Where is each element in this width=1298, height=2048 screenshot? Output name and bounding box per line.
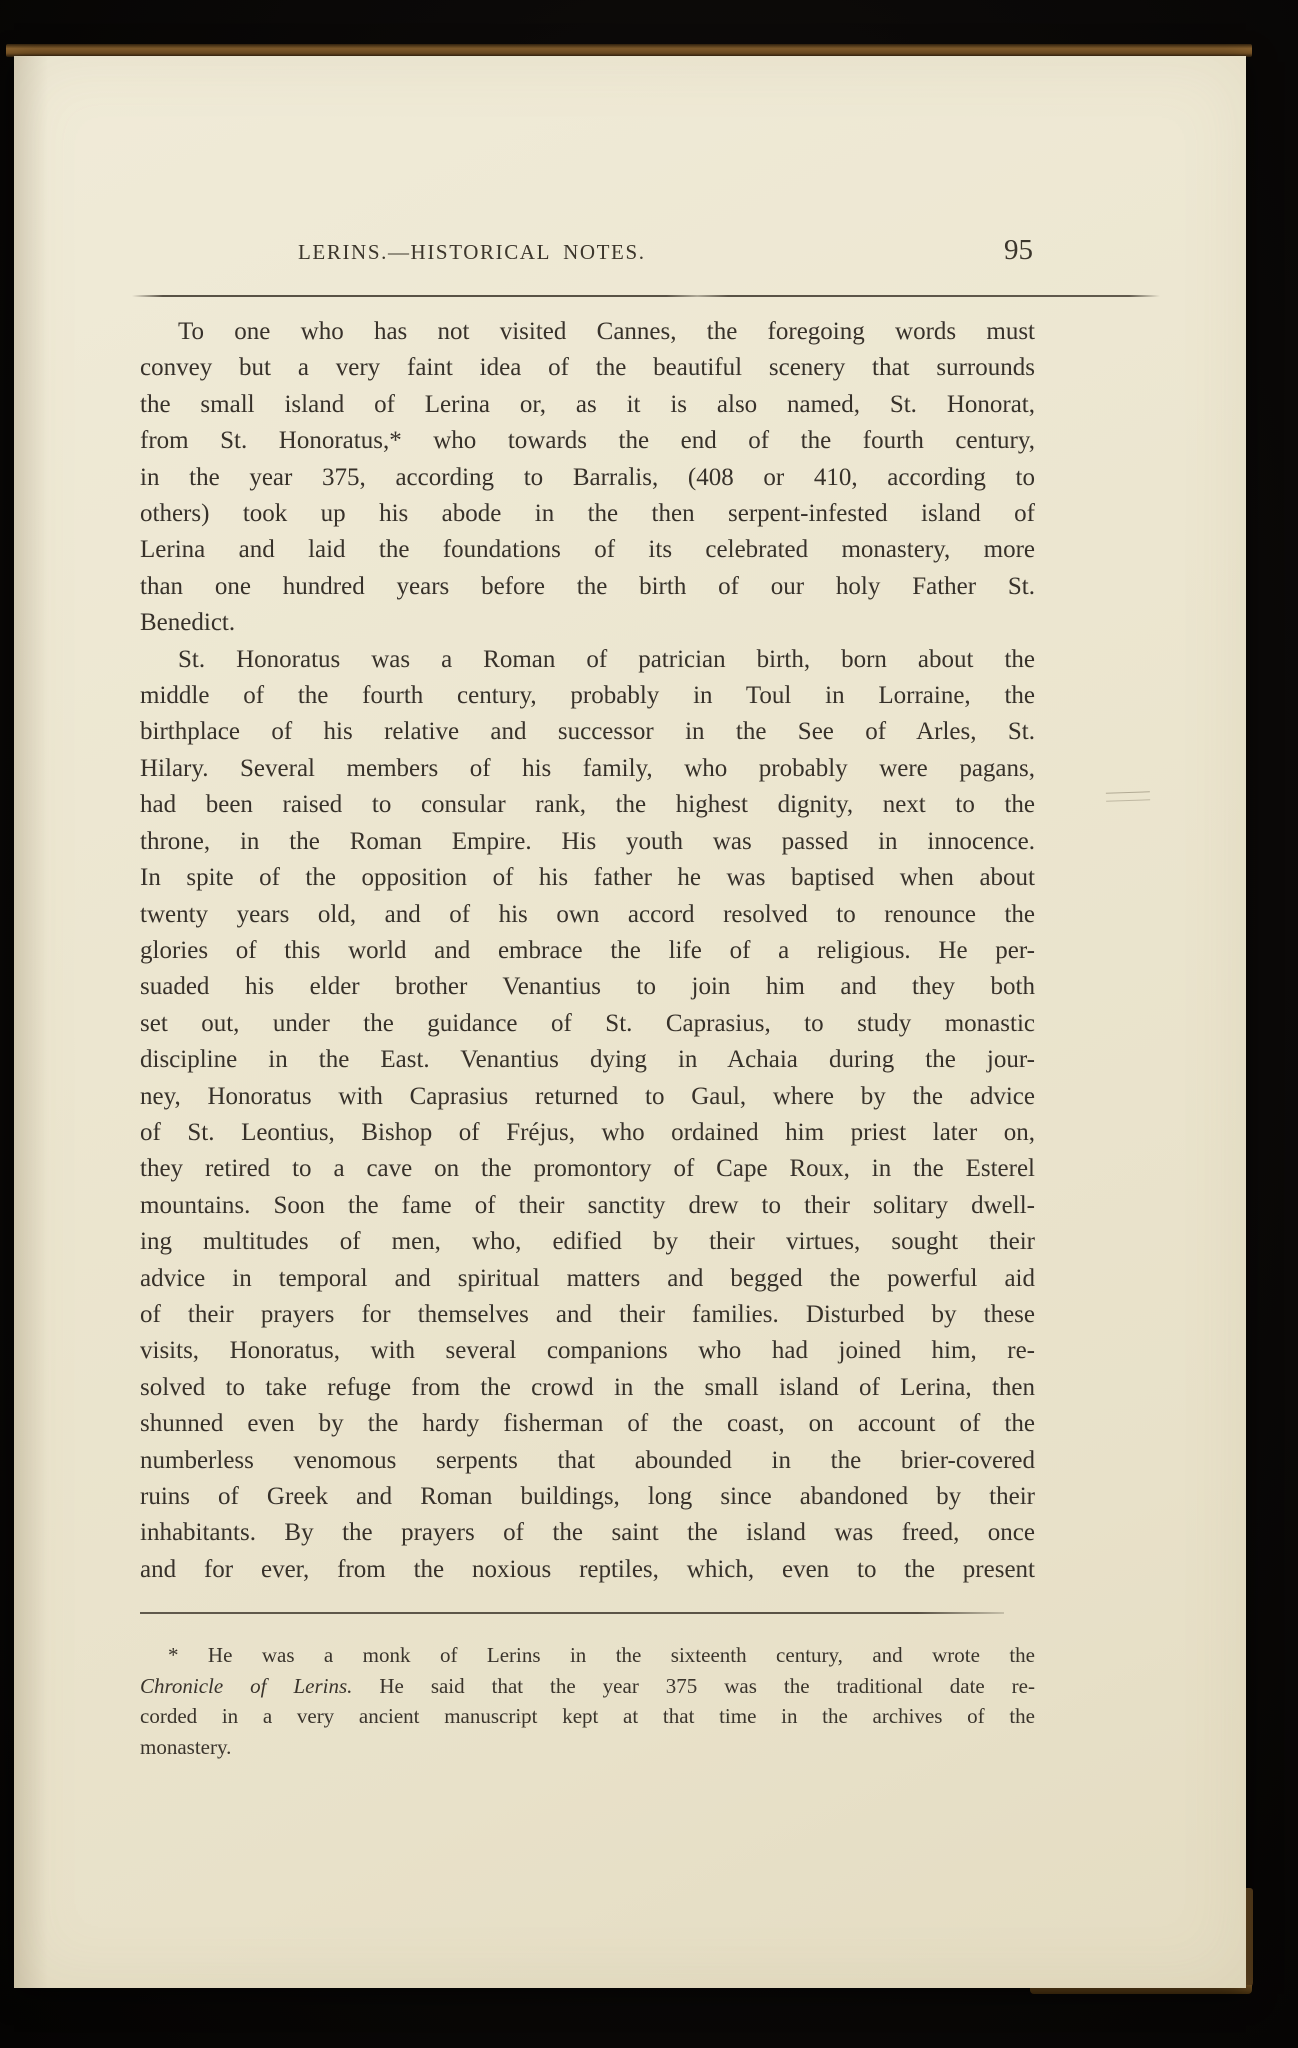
text-line: Benedict. bbox=[140, 605, 1035, 641]
text-line: from St. Honoratus,* who towards the end… bbox=[140, 423, 1035, 459]
footnote-text: He said that the year 375 was the tradit… bbox=[352, 1674, 1035, 1698]
text-line: middle of the fourth century, probably i… bbox=[140, 678, 1035, 714]
text-line: in the year 375, according to Barralis, … bbox=[140, 460, 1035, 496]
footnote-line: Chronicle of Lerins. He said that the ye… bbox=[140, 1671, 1035, 1702]
running-header-title: LERINS.—HISTORICAL NOTES. bbox=[298, 240, 646, 265]
text-line: glories of this world and embrace the li… bbox=[140, 933, 1035, 969]
footnote-line: monastery. bbox=[140, 1732, 1035, 1763]
text-line: St. Honoratus was a Roman of patrician b… bbox=[140, 642, 1035, 678]
text-line: ruins of Greek and Roman buildings, long… bbox=[140, 1479, 1035, 1515]
footnote-text: * He was a monk of Lerins in the sixteen… bbox=[168, 1643, 1035, 1667]
text-line: had been raised to consular rank, the hi… bbox=[140, 787, 1035, 823]
margin-pencil-mark bbox=[1106, 791, 1150, 802]
text-line: In spite of the opposition of his father… bbox=[140, 860, 1035, 896]
text-line: they retired to a cave on the promontory… bbox=[140, 1151, 1035, 1187]
footnote-text: monastery. bbox=[140, 1735, 231, 1759]
book-page: LERINS.—HISTORICAL NOTES. 95 To one who … bbox=[14, 56, 1246, 1988]
photo-background: LERINS.—HISTORICAL NOTES. 95 To one who … bbox=[0, 0, 1298, 2048]
text-line: of St. Leontius, Bishop of Fréjus, who o… bbox=[140, 1115, 1035, 1151]
text-line: solved to take refuge from the crowd in … bbox=[140, 1370, 1035, 1406]
footnote: * He was a monk of Lerins in the sixteen… bbox=[140, 1640, 1035, 1762]
text-line: To one who has not visited Cannes, the f… bbox=[140, 314, 1035, 350]
text-line: inhabitants. By the prayers of the saint… bbox=[140, 1515, 1035, 1551]
footnote-line: * He was a monk of Lerins in the sixteen… bbox=[140, 1640, 1035, 1671]
text-line: of their prayers for themselves and thei… bbox=[140, 1297, 1035, 1333]
text-line: Lerina and laid the foundations of its c… bbox=[140, 532, 1035, 568]
text-line: others) took up his abode in the then se… bbox=[140, 496, 1035, 532]
text-line: visits, Honoratus, with several companio… bbox=[140, 1333, 1035, 1369]
text-line: and for ever, from the noxious reptiles,… bbox=[140, 1552, 1035, 1588]
footnote-text: corded in a very ancient manuscript kept… bbox=[140, 1704, 1035, 1728]
body-text: To one who has not visited Cannes, the f… bbox=[140, 314, 1035, 1588]
text-line: set out, under the guidance of St. Capra… bbox=[140, 1006, 1035, 1042]
text-line: twenty years old, and of his own accord … bbox=[140, 897, 1035, 933]
text-line: mountains. Soon the fame of their sancti… bbox=[140, 1188, 1035, 1224]
running-head: LERINS.—HISTORICAL NOTES. 95 bbox=[140, 234, 1035, 276]
text-line: birthplace of his relative and successor… bbox=[140, 714, 1035, 750]
text-line: throne, in the Roman Empire. His youth w… bbox=[140, 824, 1035, 860]
text-line: ing multitudes of men, who, edified by t… bbox=[140, 1224, 1035, 1260]
text-line: than one hundred years before the birth … bbox=[140, 569, 1035, 605]
text-line: suaded his elder brother Venantius to jo… bbox=[140, 969, 1035, 1005]
text-line: ney, Honoratus with Caprasius returned t… bbox=[140, 1079, 1035, 1115]
text-line: discipline in the East. Venantius dying … bbox=[140, 1042, 1035, 1078]
text-line: shunned even by the hardy fisherman of t… bbox=[140, 1406, 1035, 1442]
text-line: advice in temporal and spiritual matters… bbox=[140, 1261, 1035, 1297]
page-number: 95 bbox=[1004, 234, 1033, 267]
footnote-line: corded in a very ancient manuscript kept… bbox=[140, 1701, 1035, 1732]
footnote-rule bbox=[140, 1612, 1004, 1614]
footnote-italic-text: Chronicle of Lerins. bbox=[140, 1674, 352, 1698]
header-rule bbox=[132, 295, 1160, 297]
text-line: convey but a very faint idea of the beau… bbox=[140, 350, 1035, 386]
text-line: Hilary. Several members of his family, w… bbox=[140, 751, 1035, 787]
text-line: numberless venomous serpents that abound… bbox=[140, 1443, 1035, 1479]
text-line: the small island of Lerina or, as it is … bbox=[140, 387, 1035, 423]
